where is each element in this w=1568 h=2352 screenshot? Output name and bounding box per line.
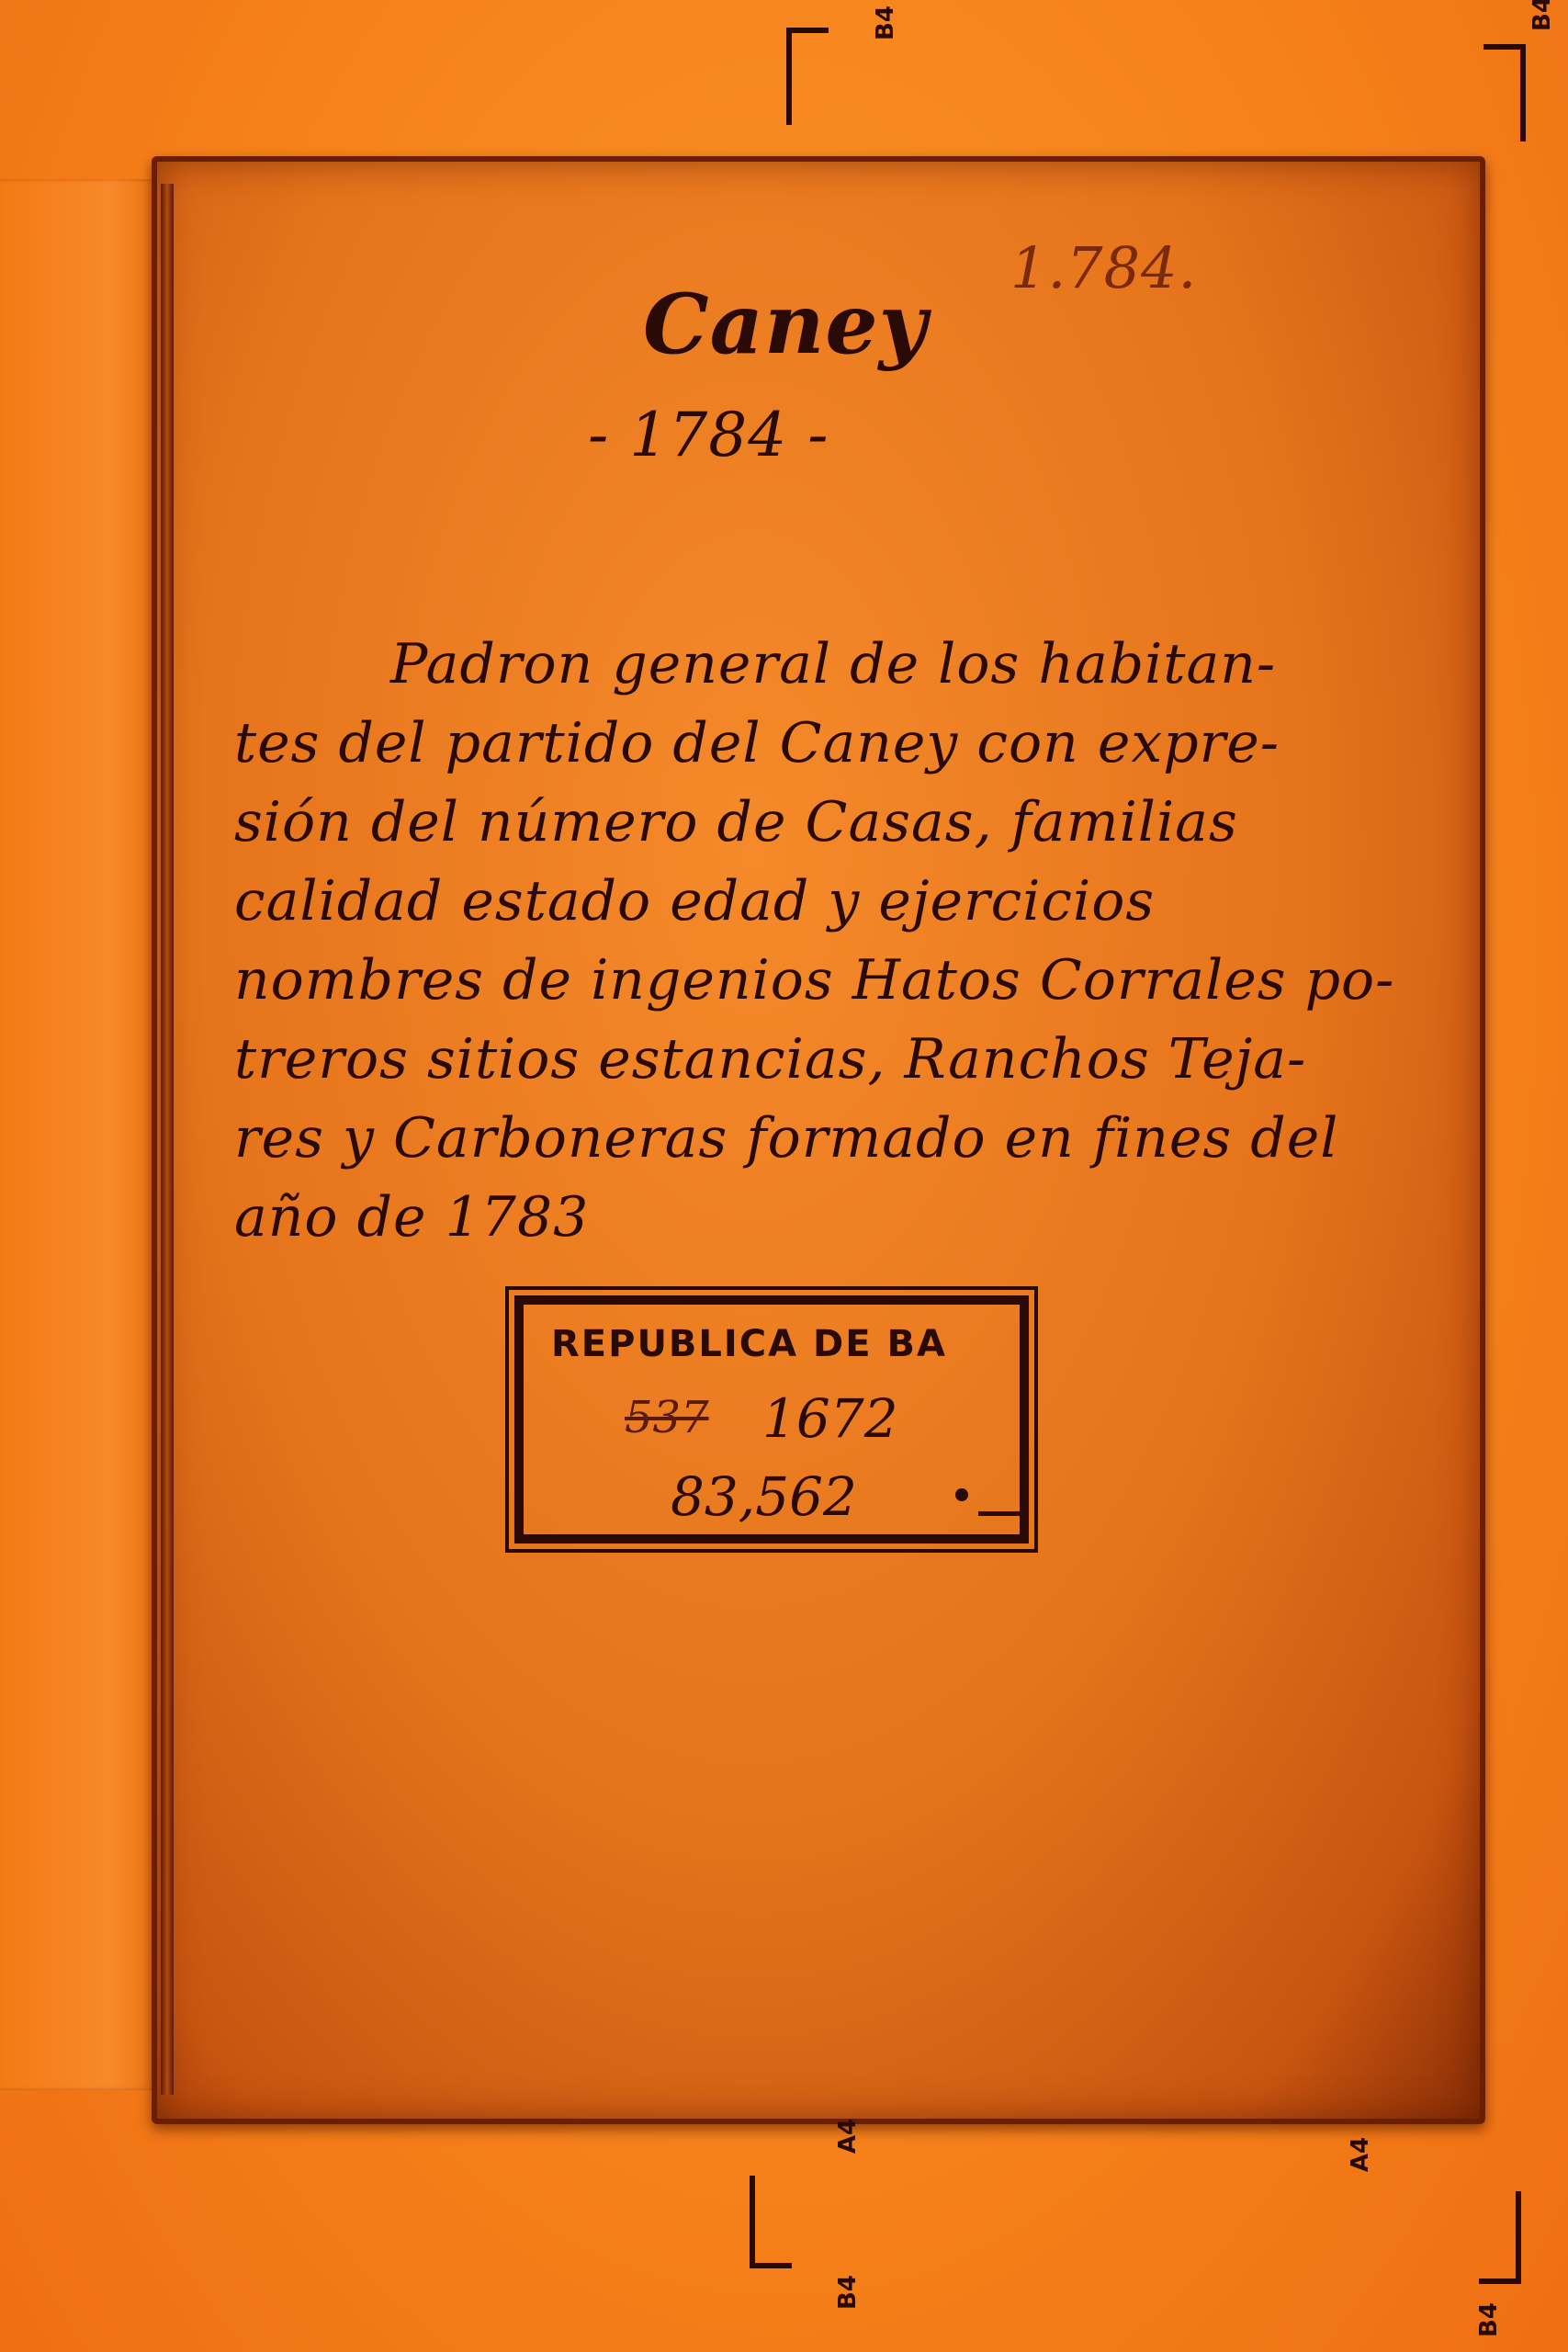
adjacent-sheet — [0, 179, 161, 2090]
year-heading: - 1784 - — [588, 400, 829, 470]
stamp-struck-number: 537 — [625, 1392, 709, 1443]
document-body: Padron general de los habitan- tes del p… — [234, 625, 1447, 1257]
body-line: res y Carboneras formado en fines del — [234, 1099, 1447, 1178]
film-label-bottom-left-b: B4 — [834, 2275, 862, 2310]
crop-mark-bottom-right — [1479, 2191, 1521, 2284]
crop-mark-top-right — [1483, 44, 1526, 141]
crop-mark-bottom-left — [750, 2176, 792, 2268]
body-line: Padron general de los habitan- — [234, 625, 1447, 704]
archive-stamp: REPUBLICA DE BA 537 1672 83,562 — [514, 1295, 1029, 1543]
film-label-top-left: B4 — [872, 6, 899, 40]
stamp-number: 1672 — [762, 1387, 898, 1450]
stamp-registry: 83,562 — [671, 1465, 857, 1528]
crop-mark-top-left — [786, 28, 829, 125]
body-line: calidad estado edad y ejercicios — [234, 862, 1447, 941]
stamp-header: REPUBLICA DE BA — [551, 1323, 947, 1365]
film-label-top-right: B4 — [1529, 0, 1556, 31]
body-line: treros sitios estancias, Ranchos Teja- — [234, 1020, 1447, 1099]
document-title: Caney — [643, 276, 928, 373]
film-label-bottom-left-a: A4 — [834, 2119, 862, 2154]
body-line: sión del número de Casas, familias — [234, 783, 1447, 862]
body-line: año de 1783 — [234, 1178, 1447, 1257]
film-label-bottom-right-b: B4 — [1475, 2302, 1503, 2337]
year-annotation: 1.784. — [1010, 234, 1197, 301]
body-line: nombres de ingenios Hatos Corrales po- — [234, 941, 1447, 1020]
film-label-bottom-right-a: A4 — [1347, 2137, 1374, 2172]
body-line: tes del partido del Caney con expre- — [234, 704, 1447, 783]
binding-edge — [161, 184, 174, 2095]
stamp-dash — [978, 1511, 1020, 1516]
stamp-dot — [955, 1488, 968, 1501]
